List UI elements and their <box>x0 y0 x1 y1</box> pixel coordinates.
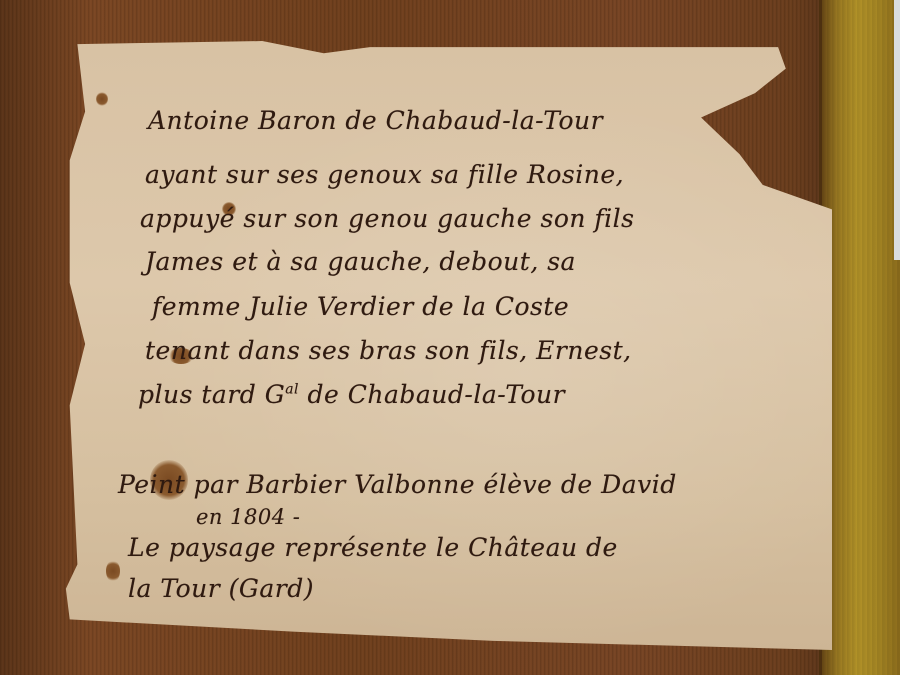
note-line-2: ayant sur ses genoux sa fille Rosine, <box>145 160 624 189</box>
note-line-4: James et à sa gauche, debout, sa <box>145 247 576 276</box>
note-line-6: tenant dans ses bras son fils, Ernest, <box>145 336 632 365</box>
note-line-7: plus tard Gal de Chabaud-la-Tour <box>138 380 565 409</box>
note-line-7-sup: al <box>285 382 299 398</box>
note-line-10: Le paysage représente le Château de <box>128 533 618 562</box>
note-line-7-start: plus tard G <box>138 380 285 409</box>
note-line-8: Peint par Barbier Valbonne élève de Davi… <box>118 470 677 499</box>
handwritten-note: Antoine Baron de Chabaud-la-Tour ayant s… <box>0 0 900 675</box>
note-line-7-end: de Chabaud-la-Tour <box>299 380 565 409</box>
note-line-3: appuyé sur son genou gauche son fils <box>140 204 635 233</box>
note-line-5: femme Julie Verdier de la Coste <box>152 292 569 321</box>
note-line-1: Antoine Baron de Chabaud-la-Tour <box>148 106 603 135</box>
note-line-9: en 1804 - <box>196 505 300 529</box>
note-line-11: la Tour (Gard) <box>128 574 314 603</box>
